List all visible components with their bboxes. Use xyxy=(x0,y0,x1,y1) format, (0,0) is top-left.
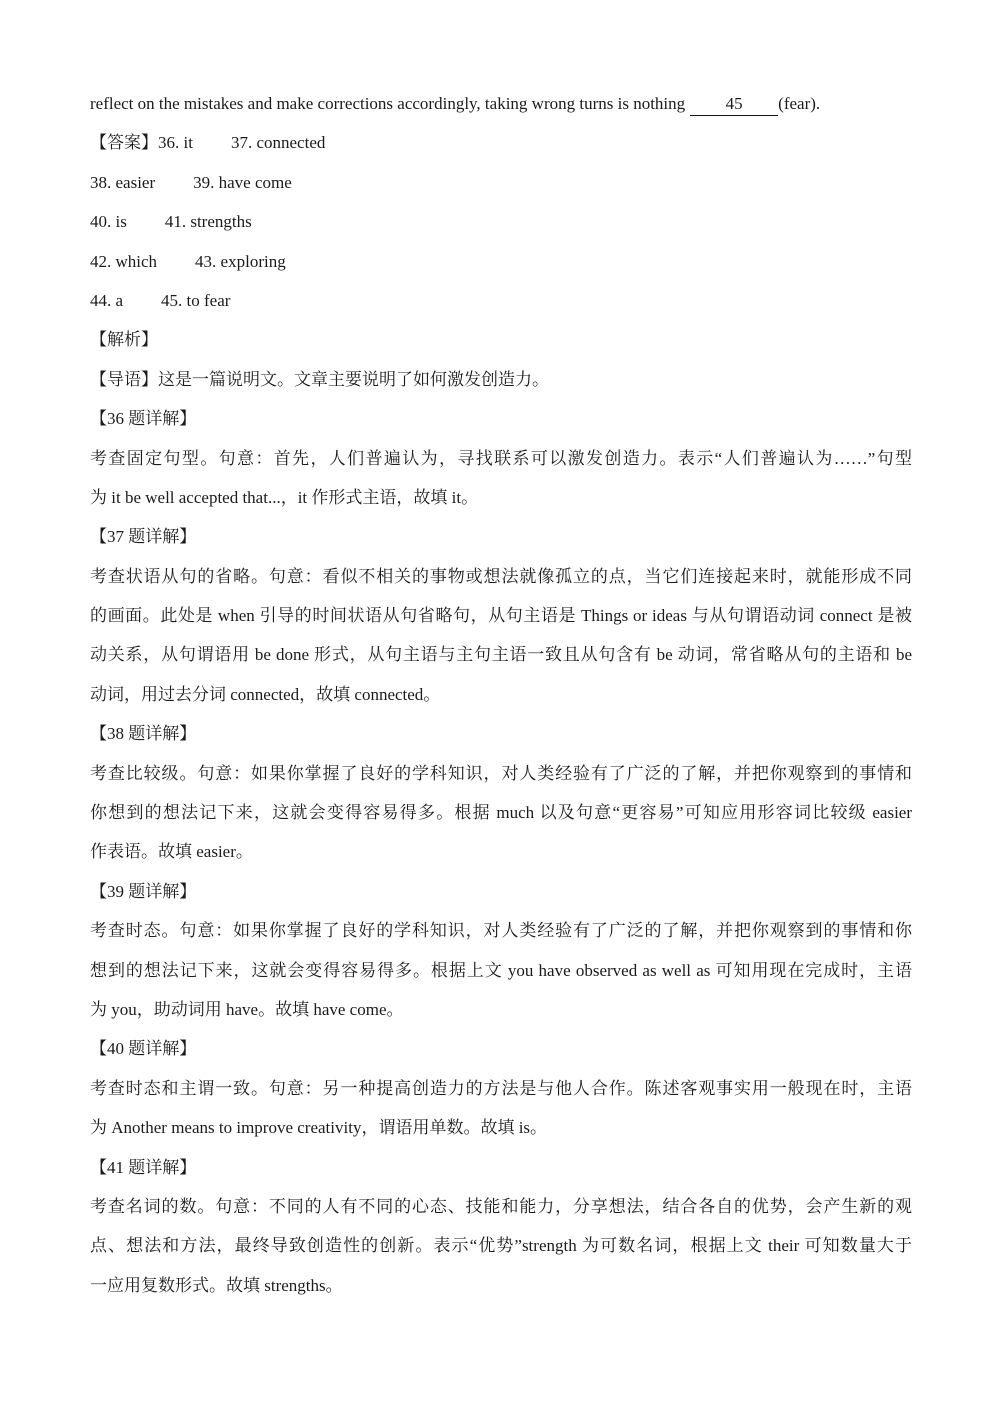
fill-blank-sentence: reflect on the mistakes and make correct… xyxy=(90,84,912,123)
answer-item: 38. easier xyxy=(90,173,155,192)
text-line: 作表语。故填 easier。 xyxy=(90,832,912,871)
text-line: 一应用复数形式。故填 strengths。 xyxy=(90,1266,912,1305)
answer-item: 44. a xyxy=(90,291,123,310)
text-line: 考查比较级。句意：如果你掌握了良好的学科知识，对人类经验有了广泛的了解，并把你观… xyxy=(90,754,912,793)
text-line: 考查状语从句的省略。句意：看似不相关的事物或想法就像孤立的点，当它们连接起来时，… xyxy=(90,557,912,596)
text-line: 动词，用过去分词 connected，故填 connected。 xyxy=(90,675,912,714)
answers-block: 【答案】36. it37. connected 38. easier39. ha… xyxy=(90,123,912,320)
text-line: 为 it be well accepted that...，it 作形式主语，故… xyxy=(90,478,912,517)
answer-row: 40. is41. strengths xyxy=(90,202,912,241)
text-line: 点、想法和方法，最终导致创造性的创新。表示“优势”strength 为可数名词，… xyxy=(90,1226,912,1265)
text-line: 考查时态。句意：如果你掌握了良好的学科知识，对人类经验有了广泛的了解，并把你观察… xyxy=(90,911,912,950)
explanation-section-38: 【38 题详解】 考查比较级。句意：如果你掌握了良好的学科知识，对人类经验有了广… xyxy=(90,714,912,872)
text-line: 考查时态和主谓一致。句意：另一种提高创造力的方法是与他人合作。陈述客观事实用一般… xyxy=(90,1069,912,1108)
text-line: 的画面。此处是 when 引导的时间状语从句省略句，从句主语是 Things o… xyxy=(90,596,912,635)
answer-blank-45: 45 xyxy=(690,94,778,116)
lead-note: 【导语】这是一篇说明文。文章主要说明了如何激发创造力。 xyxy=(90,360,912,399)
answer-item: 37. connected xyxy=(231,133,325,152)
text-line: 为 you，助动词用 have。故填 have come。 xyxy=(90,990,912,1029)
answer-item: 41. strengths xyxy=(165,212,252,231)
explanation-section-40: 【40 题详解】 考查时态和主谓一致。句意：另一种提高创造力的方法是与他人合作。… xyxy=(90,1029,912,1147)
section-39-heading: 【39 题详解】 xyxy=(90,872,912,911)
section-38-heading: 【38 题详解】 xyxy=(90,714,912,753)
document-body: { "doc": { "intro": { "text_before": "re… xyxy=(0,0,1000,1414)
explanation-section-39: 【39 题详解】 考查时态。句意：如果你掌握了良好的学科知识，对人类经验有了广泛… xyxy=(90,872,912,1030)
section-40-heading: 【40 题详解】 xyxy=(90,1029,912,1068)
answer-item: 36. it xyxy=(158,133,193,152)
text-line: 考查名词的数。句意：不同的人有不同的心态、技能和能力，分享想法，结合各自的优势，… xyxy=(90,1187,912,1226)
text-line: 为 Another means to improve creativity，谓语… xyxy=(90,1108,912,1147)
answer-row: 44. a45. to fear xyxy=(90,281,912,320)
text-line: 考查固定句型。句意：首先，人们普遍认为，寻找联系可以激发创造力。表示“人们普遍认… xyxy=(90,439,912,478)
section-36-heading: 【36 题详解】 xyxy=(90,399,912,438)
sentence-text-after: (fear). xyxy=(778,94,820,113)
document-page: reflect on the mistakes and make correct… xyxy=(0,0,1000,1414)
analysis-label: 【解析】 xyxy=(90,320,912,359)
explanation-section-41: 【41 题详解】 考查名词的数。句意：不同的人有不同的心态、技能和能力，分享想法… xyxy=(90,1148,912,1306)
explanation-section-36: 【36 题详解】 考查固定句型。句意：首先，人们普遍认为，寻找联系可以激发创造力… xyxy=(90,399,912,517)
text-line: 你想到的想法记下来，这就会变得容易得多。根据 much 以及句意“更容易”可知应… xyxy=(90,793,912,832)
answer-row: 【答案】36. it37. connected xyxy=(90,123,912,162)
answer-item: 39. have come xyxy=(193,173,292,192)
sentence-text-before: reflect on the mistakes and make correct… xyxy=(90,94,685,113)
answer-item: 42. which xyxy=(90,252,157,271)
answer-item: 40. is xyxy=(90,212,127,231)
text-line: 想到的想法记下来，这就会变得容易得多。根据上文 you have observe… xyxy=(90,951,912,990)
answer-row: 38. easier39. have come xyxy=(90,163,912,202)
answer-row: 42. which43. exploring xyxy=(90,242,912,281)
text-line: 动关系，从句谓语用 be done 形式，从句主语与主句主语一致且从句含有 be… xyxy=(90,635,912,674)
answers-label: 【答案】 xyxy=(90,133,158,152)
answer-item: 45. to fear xyxy=(161,291,230,310)
section-41-heading: 【41 题详解】 xyxy=(90,1148,912,1187)
section-37-heading: 【37 题详解】 xyxy=(90,517,912,556)
explanation-section-37: 【37 题详解】 考查状语从句的省略。句意：看似不相关的事物或想法就像孤立的点，… xyxy=(90,517,912,714)
answer-item: 43. exploring xyxy=(195,252,286,271)
